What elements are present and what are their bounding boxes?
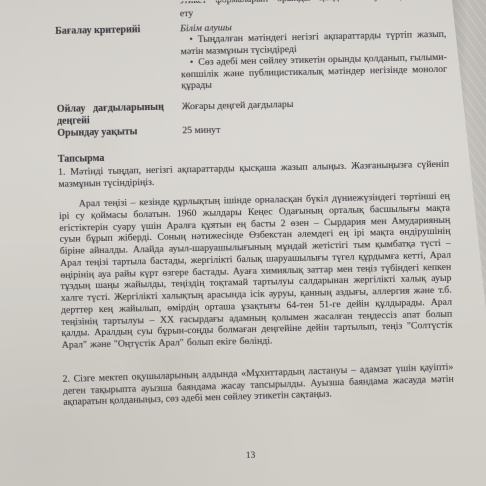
criteria-value: Білім алушы •Тыңдалған мәтіндегі негізгі… [180, 17, 447, 92]
thinking-skills-value: Жоғары деңгей дағдылары [182, 96, 448, 113]
task-2-text: 2. Сізге мектеп оқушыларының алдында «Мұ… [62, 361, 454, 408]
criteria-row: Бағалау критерийі Білім алушы •Тыңдалған… [55, 17, 447, 94]
criteria-bullet-2: •Сөз әдебі мен сөйлеу этикетін орынды қо… [181, 52, 448, 92]
criteria-label: Бағалау критерийі [55, 23, 180, 37]
page-number: 13 [246, 451, 256, 461]
task-2-block: 2. Сізге мектеп оқушыларының алдында «Мұ… [62, 361, 454, 408]
scanned-document-page: { "header_clip": { "line1_partial": "эти… [0, 0, 486, 486]
time-label: Орындау уақыты [57, 126, 182, 140]
reading-passage: Арал теңізі – кезінде құрлықтың ішінде о… [59, 191, 453, 352]
thinking-skills-label: Ойлау дағдыларының деңгейі [57, 101, 182, 127]
page-content: этикет формаларын орынды қолдана білуін … [0, 0, 486, 410]
